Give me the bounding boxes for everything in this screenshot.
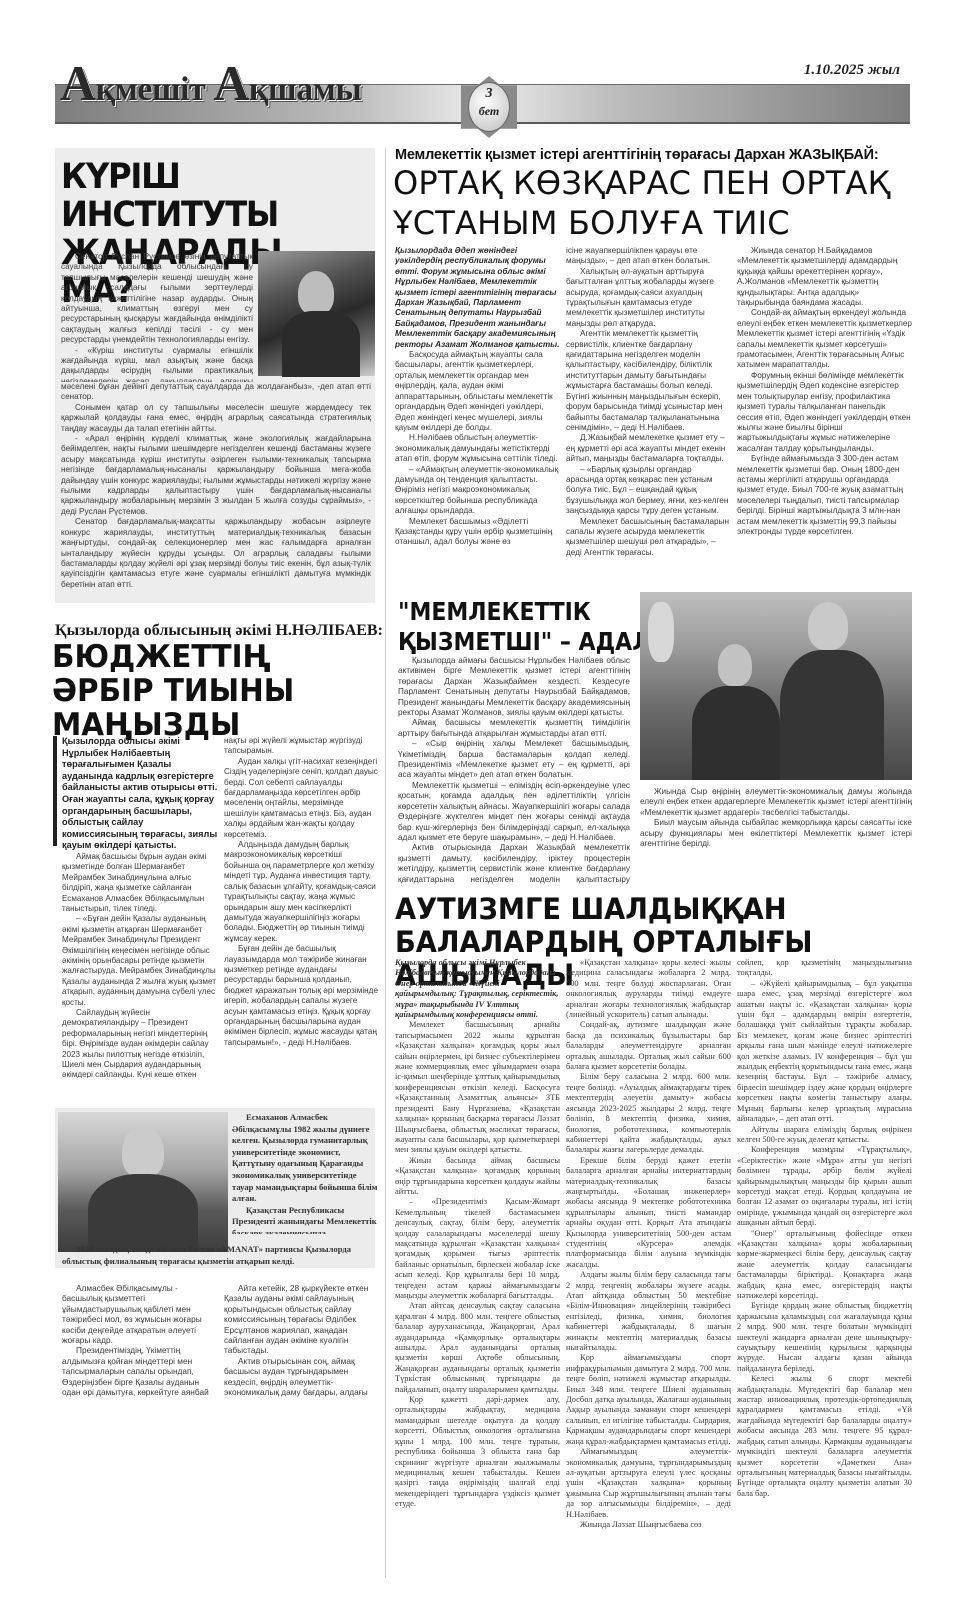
- article-column-1: Қызылорда облысы әкімі Нұрлыбек Нәлібаев…: [62, 736, 218, 1078]
- article-headline: ОРТАҚ КӨЗҚАРАС ПЕН ОРТАҚ ҰСТАНЫМ БОЛУҒА …: [393, 163, 938, 243]
- page-label: бет: [457, 104, 521, 119]
- person-suit: [282, 311, 360, 377]
- senator-photo: [258, 251, 375, 376]
- article-kicker: Мемлекеттік қызмет істері агенттігінің т…: [395, 147, 935, 163]
- article-column-3: сөйлеп, қор қызметінің маңыздылығына тоқ…: [737, 958, 912, 1538]
- person-suit: [780, 650, 884, 780]
- article-lead: Қызылордада Әдеп жөніндегі уәкілдердің р…: [395, 246, 560, 350]
- article-column-2: ісіне жауапкершілікпен қарауы өте маңызд…: [566, 246, 731, 571]
- person-face: [718, 644, 752, 686]
- article-column-3: Жиында сенатор Н.Байқадамов «Мемлекеттік…: [737, 246, 912, 571]
- article-headline: БЮДЖЕТТІҢ ӘРБІР ТИЫНЫ МАҢЫЗДЫ: [52, 640, 366, 742]
- article-column-2: нақты әрі жүйелі жұмыстар жүргізуді тапс…: [224, 736, 379, 1078]
- article-column-1: Қызылорда облысы әкімі Нұрлыбек Нәлібаев…: [395, 958, 560, 1538]
- article-column-2: «Қазақстан халқына» қоры келесі жылы мед…: [566, 958, 731, 1538]
- article-column-2-bottom: Айта кетейік, 28 қыркүйекте өткен Қазалы…: [224, 1283, 379, 1398]
- article-lead: Қызылорда облысы әкімі Нұрлыбек Нәлібаев…: [62, 736, 218, 852]
- article-text-bottom: мәселені бұған дейінгі депутаттық сауалд…: [61, 382, 371, 597]
- bio-text-side: Есмаханов Алмасбек Әбілқасымұлы 1982 жыл…: [232, 1112, 378, 1234]
- page-number: 3: [457, 86, 521, 102]
- column-divider: [385, 148, 386, 1578]
- masthead: Ақмешіт Ақшамы 1.10.2025 жыл 3 бет: [55, 60, 910, 130]
- article-column-1: Қызылордада Әдеп жөніндегі уәкілдердің р…: [395, 246, 560, 571]
- person-face: [808, 602, 848, 650]
- article-column-1-bottom: Алмасбек Әбілқасымұлы - басшылық қызметт…: [62, 1283, 218, 1398]
- article-headline: "МЕМЛЕКЕТТІК ҚЫЗМЕТШІ" – АДАЛ АДАМ: [398, 597, 627, 657]
- akim-portrait-photo: [58, 1112, 228, 1252]
- article-body: Қызылорда аймағы басшысы Нұрлыбек Нәліба…: [398, 656, 630, 886]
- person-face: [298, 271, 334, 315]
- flag-emblem: [648, 602, 674, 662]
- lead-accent-bar: [53, 736, 57, 846]
- page-number-badge: 3 бет: [457, 68, 521, 146]
- article-text-top: Сенатор Руслан Рүстемов өзінің депутатты…: [61, 252, 253, 382]
- photo-caption: Жиында Сыр өңірінің әлеуметтік-экономика…: [640, 787, 912, 877]
- article-rice-institute: КҮРІШ ИНСТИТУТЫ ЖАҢАРАДЫ МА? Сенатор Рус…: [55, 148, 375, 603]
- person-suit: [692, 686, 780, 780]
- article-lead: Қызылорда облысы әкімі Нұрлыбек Нәлібаев…: [395, 958, 560, 1020]
- bio-text-bottom: 2024 жылдың шілде айынан бастап «AMANAT»…: [62, 1244, 374, 1266]
- article-kicker: Қызылорда облысының әкімі Н.НӘЛІБАЕВ:: [55, 622, 375, 640]
- newspaper-logo[interactable]: Ақмешіт Ақшамы: [60, 54, 361, 112]
- person-face: [122, 1126, 164, 1178]
- issue-date: 1.10.2025 жыл: [804, 62, 900, 79]
- meeting-photo: [640, 592, 912, 780]
- person-suit: [88, 1174, 198, 1252]
